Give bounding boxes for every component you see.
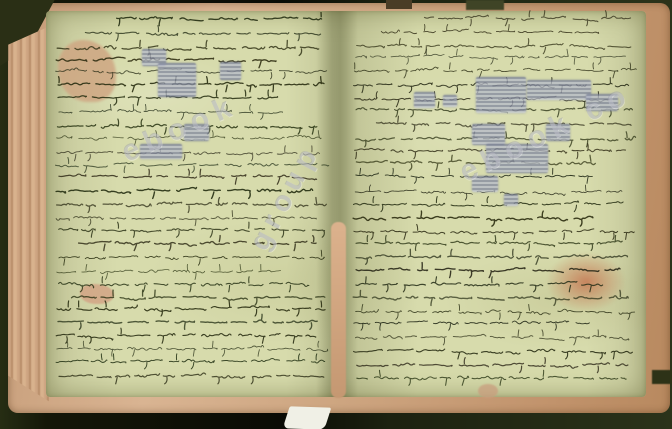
handwriting-line: [56, 354, 325, 369]
handwriting-line: [354, 224, 634, 239]
binding-light-notch: [283, 406, 332, 429]
handwriting-line: [57, 264, 281, 279]
handwriting-line: [57, 40, 318, 55]
handwriting-line: [353, 290, 628, 305]
handwriting-right-page: [348, 10, 646, 398]
handwriting-line: [354, 197, 624, 212]
handwriting-line: [356, 277, 603, 292]
handwriting-line: [56, 328, 316, 343]
handwriting-line: [117, 12, 322, 26]
handwriting-line: [356, 330, 629, 345]
handwriting-line: [57, 341, 328, 356]
handwriting-line: [356, 236, 622, 251]
handwriting-line: [357, 358, 628, 373]
handwriting-line: [356, 304, 635, 319]
handwriting-line: [57, 301, 325, 316]
left-page-stack: [8, 26, 50, 402]
handwriting-line: [353, 211, 593, 226]
handwriting-line: [354, 321, 590, 330]
handwriting-line: [381, 25, 598, 34]
blue-ink-smudge: [158, 63, 196, 97]
handwriting-line: [356, 263, 620, 278]
handwriting-line: [354, 349, 633, 359]
cover-notch: [386, 0, 412, 9]
handwriting-line: [357, 39, 631, 54]
handwriting-line: [85, 26, 320, 41]
handwriting-line: [356, 249, 627, 264]
cover-notch: [652, 370, 672, 384]
handwriting-line: [57, 146, 320, 161]
handwriting-line: [59, 277, 309, 292]
handwriting-line: [425, 11, 631, 26]
blue-ink-smudge: [220, 62, 241, 80]
blue-ink-smudge: [443, 95, 457, 107]
handwriting-line: [356, 49, 626, 64]
blue-ink-smudge: [476, 77, 526, 113]
cover-notch: [466, 0, 504, 10]
handwriting-line: [354, 63, 636, 78]
blue-ink-smudge: [414, 92, 435, 108]
handwriting-line: [59, 373, 324, 384]
handwriting-line: [58, 314, 317, 329]
blue-ink-smudge: [504, 194, 518, 206]
handwriting-line: [72, 290, 325, 305]
handwriting-line: [357, 370, 626, 385]
handwriting-line: [59, 250, 324, 265]
manuscript-photo: ebook group ebook co: [0, 0, 672, 429]
